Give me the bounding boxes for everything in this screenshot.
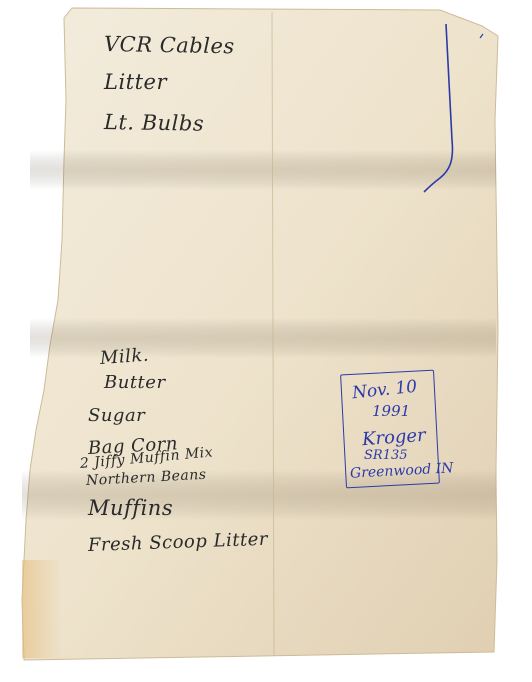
list-item: Muffins (88, 496, 173, 520)
list-item: VCR Cables (104, 32, 235, 58)
shopping-list-paper (0, 0, 532, 682)
list-item: Sugar (88, 405, 145, 426)
list-item: Lt. Bulbs (104, 110, 205, 136)
note-store: Kroger (361, 425, 426, 450)
note-road: SR135 (364, 448, 408, 463)
list-item: Butter (104, 372, 166, 393)
list-item: Litter (104, 70, 167, 94)
paper-background (0, 0, 532, 682)
list-item: Milk. (99, 345, 149, 369)
note-year: 1991 (372, 402, 410, 420)
